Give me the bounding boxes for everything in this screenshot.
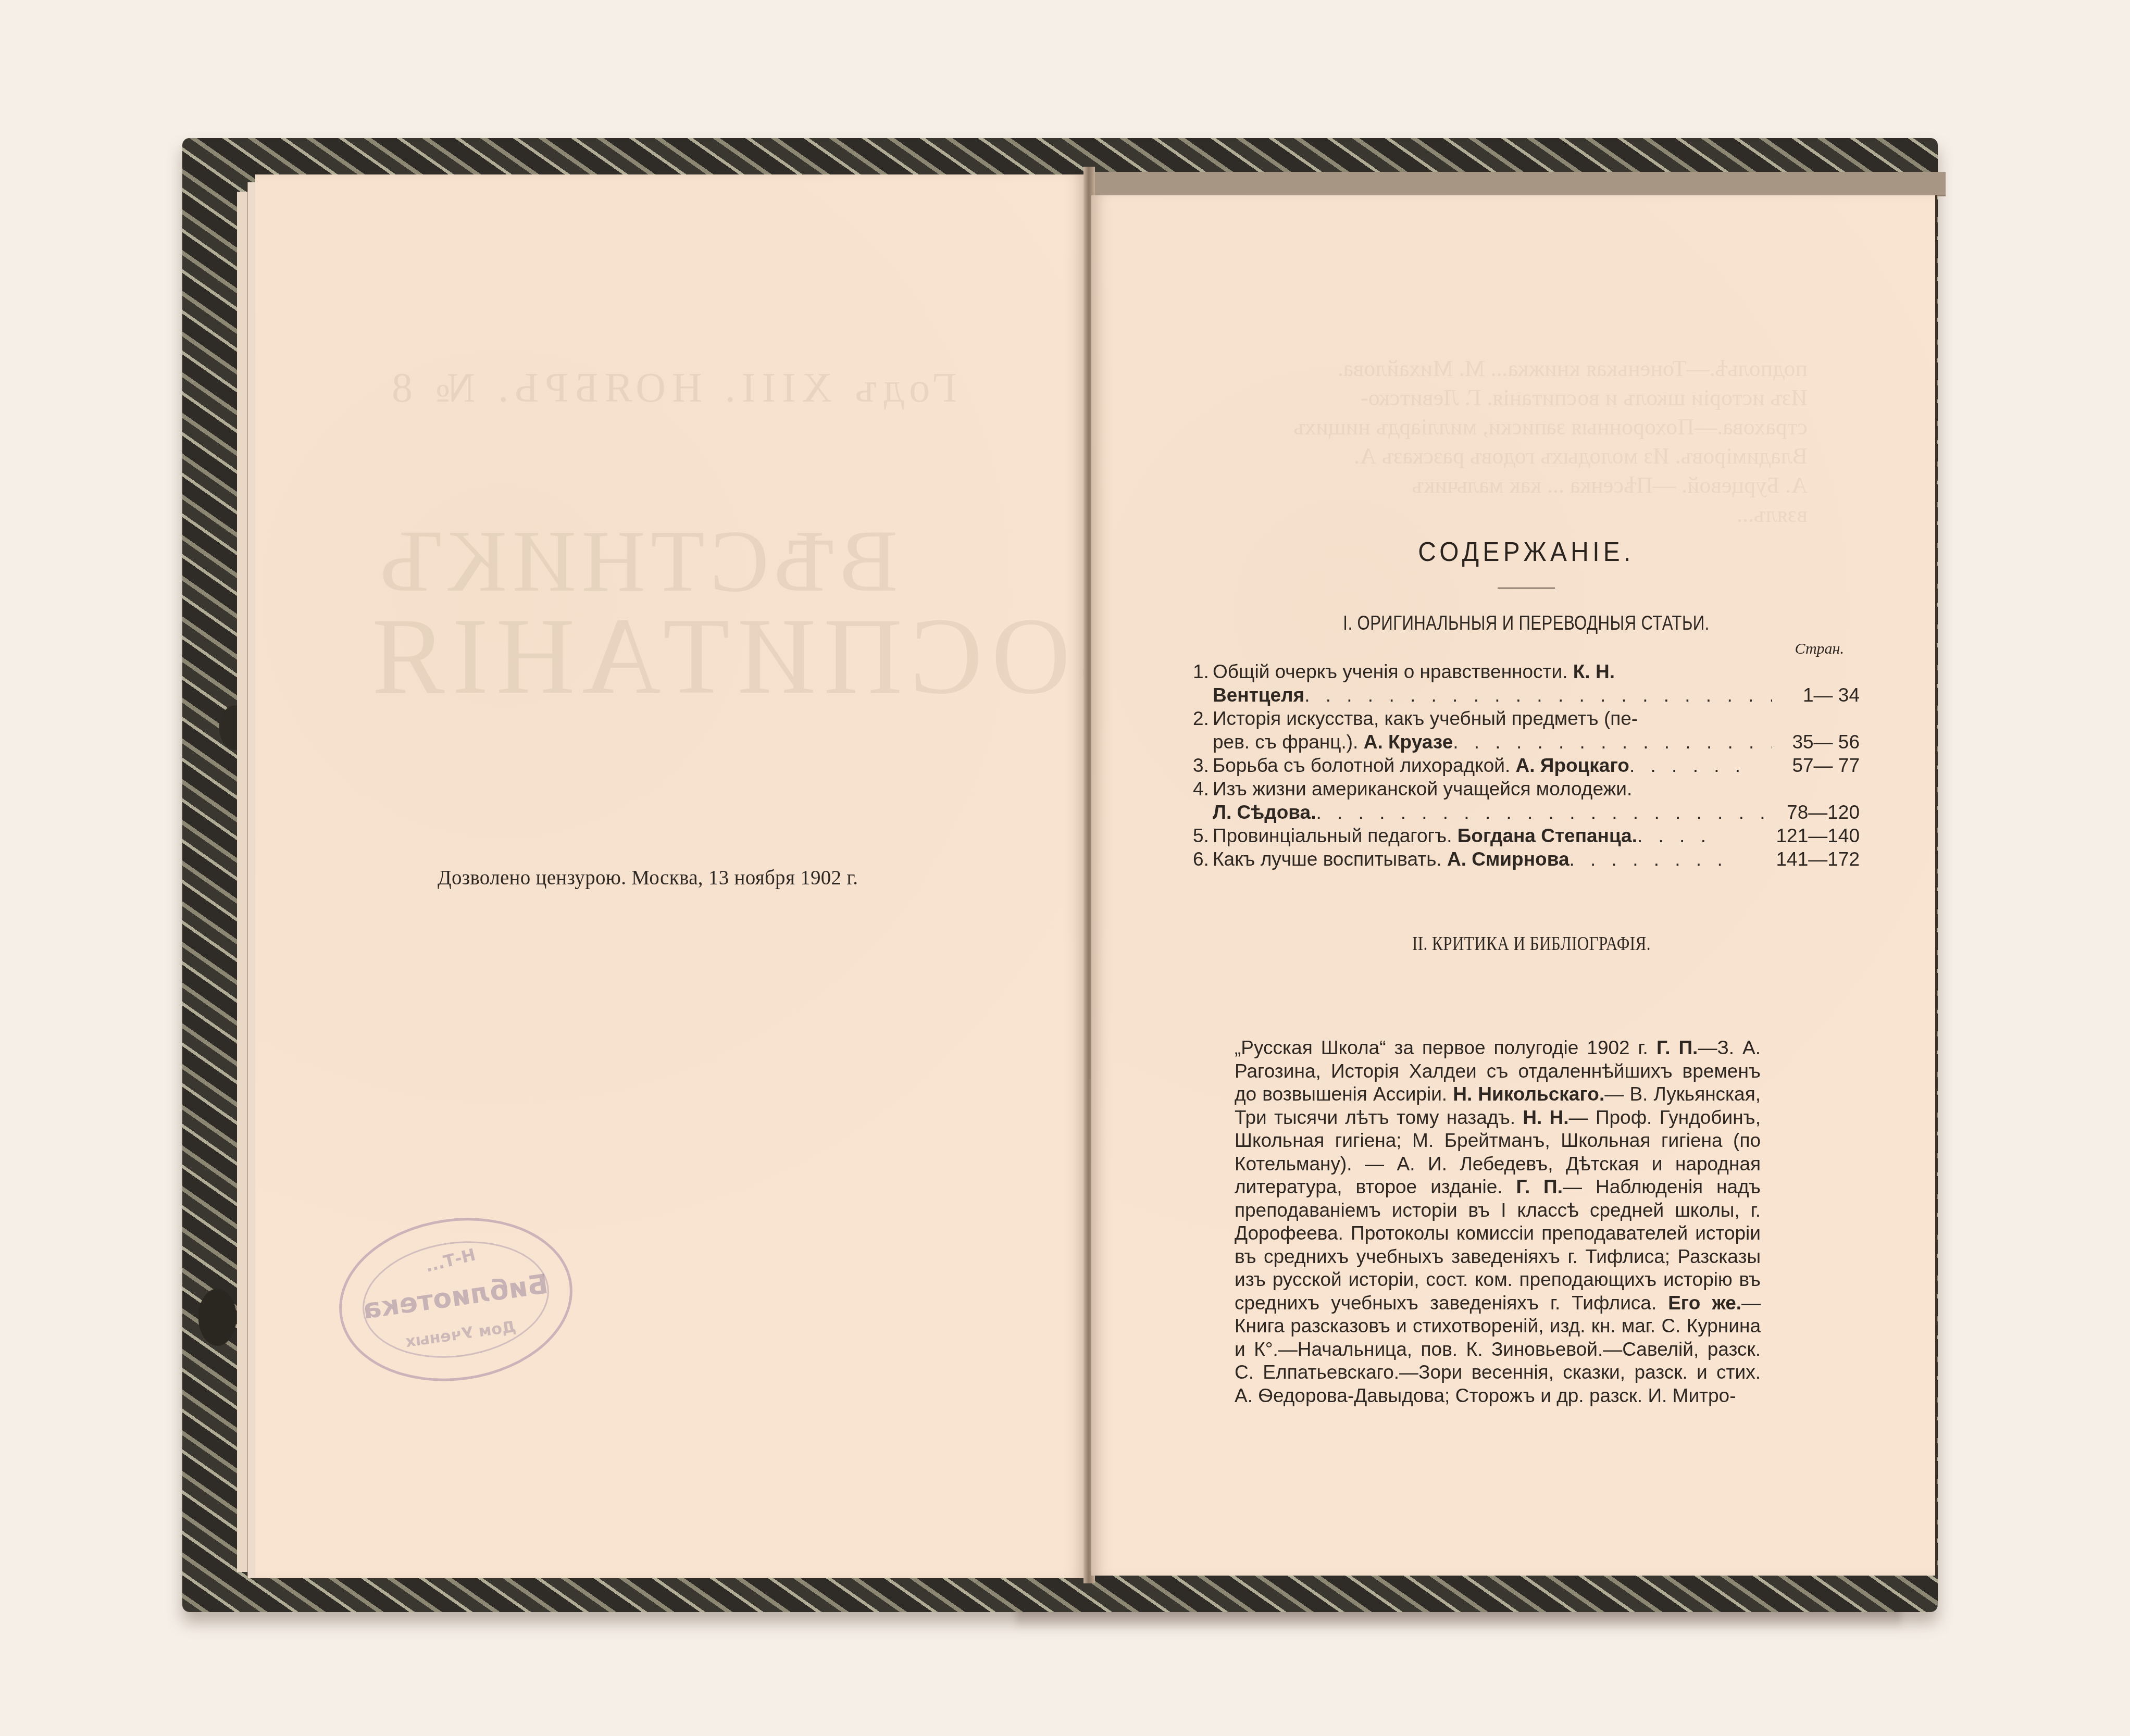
toc-entry: 4.Изъ жизни американской учащейся молоде… (1193, 777, 1860, 824)
pages-column-label: Стран. (1193, 640, 1860, 658)
entry-number: 1. (1193, 660, 1213, 683)
dot-leader: . . . . . . . . . . . . . . . . . . . . … (1304, 683, 1772, 707)
entry-pages: 141—172 (1772, 847, 1860, 871)
entry-pages: 1— 34 (1772, 683, 1860, 707)
entry-pages: 35— 56 (1772, 730, 1860, 754)
entry-author: Л. Сѣдова. (1213, 801, 1316, 824)
dot-leader: . . . . . . . . (1570, 847, 1772, 871)
entry-title: Общій очеркъ ученія о нравственности. (1213, 661, 1567, 682)
table-of-contents: СОДЕРЖАНІЕ. I. ОРИГИНАЛЬНЫЯ И ПЕРЕВОДНЫЯ… (1193, 536, 1860, 871)
show-through-text: подпольѣ.—Тоненькая книжка... М. Михайло… (1287, 354, 1808, 529)
title-rule (1498, 588, 1555, 589)
page-edge-strip (1091, 172, 1946, 196)
show-through-title: ВОСПИТАНІЯ (365, 594, 1151, 719)
text-run: „Русская Школа“ за первое полугодіе 1902… (1235, 1037, 1656, 1058)
entry-title: Изъ жизни американской учащейся молодежи… (1213, 778, 1632, 800)
reviewer-name: Н. Никольскаго. (1453, 1083, 1604, 1105)
entry-title: Борьба съ болотной лихорадкой. (1213, 754, 1510, 777)
entry-author: Вентцеля (1213, 683, 1304, 707)
entry-title-cont: рев. съ франц.). (1213, 730, 1358, 754)
section-2-heading: II. КРИТИКА И БИБЛІОГРАФІЯ. (1271, 932, 1792, 955)
dot-leader: . . . . . . . . . . . . . . . . . . . . … (1316, 801, 1772, 824)
reviewer-name: Н. Н. (1523, 1107, 1568, 1128)
entry-number: 3. (1193, 754, 1213, 777)
reviewer-name: Его же. (1668, 1292, 1741, 1314)
dot-leader: . . . . . . . . . . . . . . . . . . . . (1453, 730, 1772, 754)
entry-pages: 121—140 (1772, 824, 1860, 847)
toc-title: СОДЕРЖАНІЕ. (1219, 536, 1833, 568)
entry-title: Провинціальный педагогъ. (1213, 824, 1452, 847)
entry-title: Исторія искусства, какъ учебный предметъ… (1213, 708, 1638, 729)
toc-entry: 3.Борьба съ болотной лихорадкой. А. Яроц… (1193, 754, 1860, 777)
bibliography-paragraph: „Русская Школа“ за первое полугодіе 1902… (1235, 1036, 1761, 1407)
section-2-heading-wrap: II. КРИТИКА И БИБЛІОГРАФІЯ. (1214, 932, 1849, 955)
section-1-heading: I. ОРИГИНАЛЬНЫЯ И ПЕРЕВОДНЫЯ СТАТЬИ. (1253, 613, 1800, 635)
dot-leader: . . . . (1637, 824, 1772, 847)
toc-entry: 5.Провинціальный педагогъ. Богдана Степа… (1193, 824, 1860, 847)
dot-leader: . . . . . . (1629, 754, 1772, 777)
entry-pages: 78—120 (1772, 801, 1860, 824)
entry-author: А. Смирнова (1447, 847, 1570, 871)
entry-number: 4. (1193, 777, 1213, 801)
entry-author: Богдана Степанца. (1458, 824, 1637, 847)
toc-entry: 6.Какъ лучше воспитывать. А. Смирнова . … (1193, 847, 1860, 871)
entry-number: 2. (1193, 707, 1213, 730)
reviewer-name: Г. П. (1656, 1037, 1698, 1058)
toc-entry: 1.Общій очеркъ ученія о нравственности. … (1193, 660, 1860, 707)
entry-author: А. Яроцкаго (1516, 754, 1629, 777)
toc-entry: 2.Исторія искусства, какъ учебный предме… (1193, 707, 1860, 754)
entry-author: А. Круазе (1364, 730, 1453, 754)
entry-title: Какъ лучше воспитывать. (1213, 847, 1442, 871)
entry-pages: 57— 77 (1772, 754, 1860, 777)
censorship-note: Дозволено цензурою. Москва, 13 ноября 19… (438, 866, 858, 890)
entry-number: 6. (1193, 847, 1213, 871)
entry-author: К. Н. (1573, 661, 1615, 682)
show-through-issue-line: Годъ XIII. НОЯБРЬ. № 8 (385, 365, 957, 412)
entry-number: 5. (1193, 824, 1213, 847)
reviewer-name: Г. П. (1516, 1176, 1563, 1197)
critique-bibliography-text: „Русская Школа“ за первое полугодіе 1902… (1235, 1036, 1761, 1407)
